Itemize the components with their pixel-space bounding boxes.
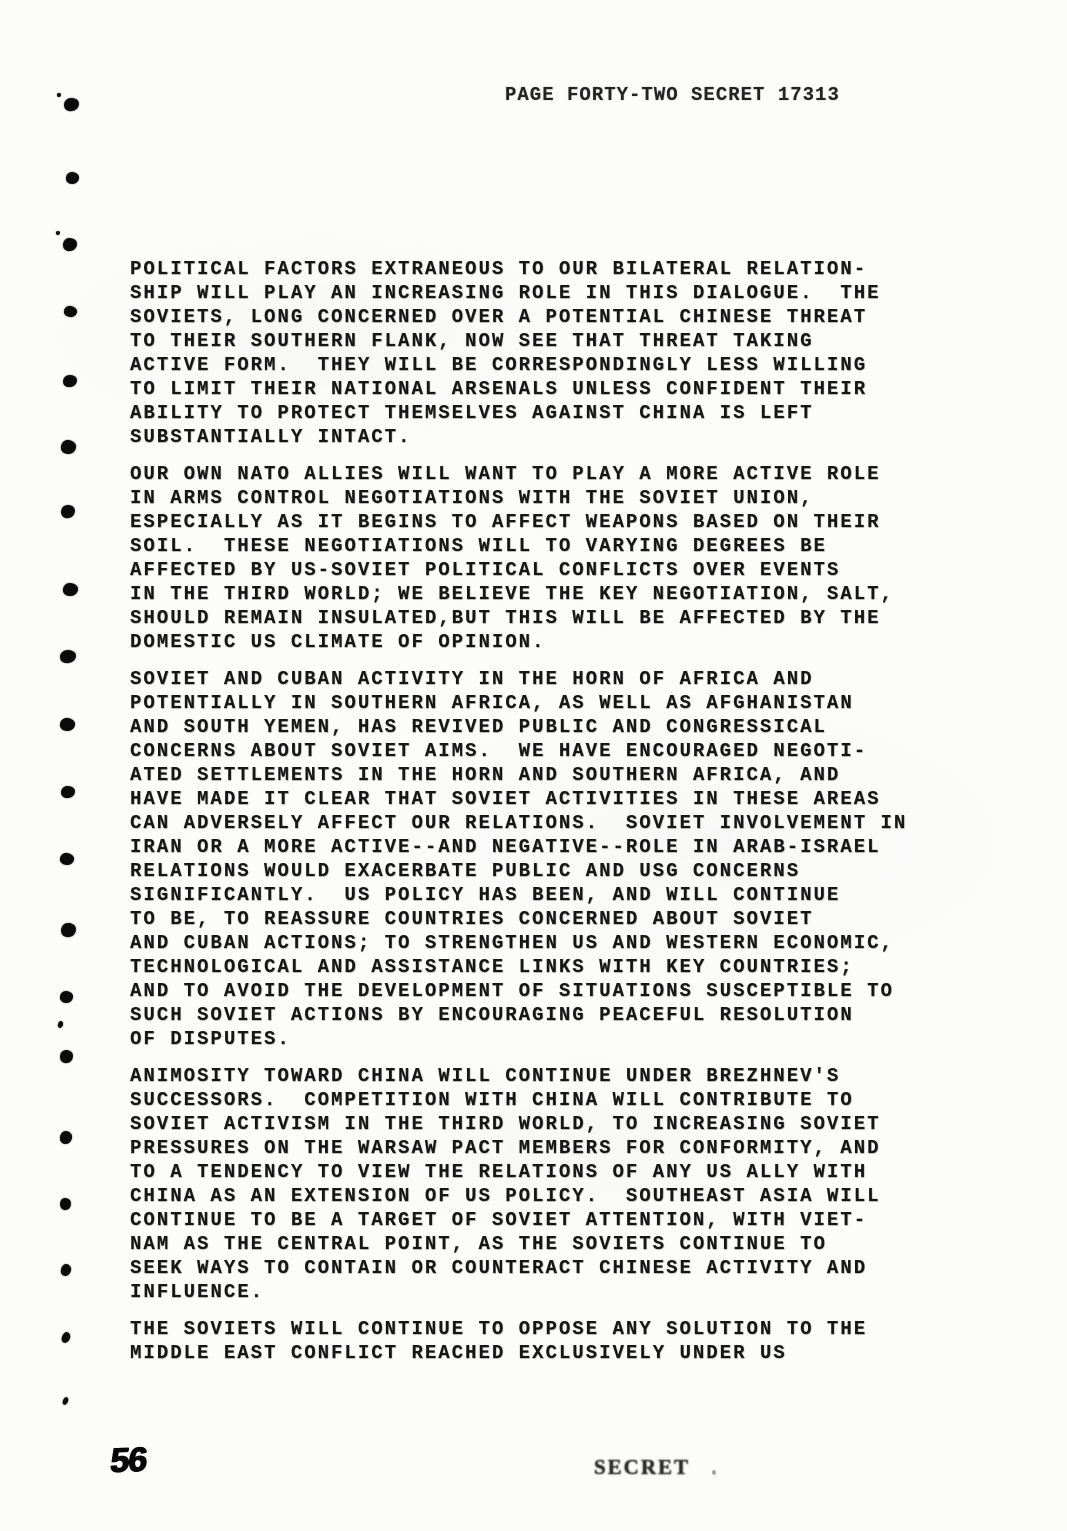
punch-hole-mark	[60, 439, 77, 455]
punch-hole-mark	[61, 786, 76, 799]
paragraph-soviet-cuban-activity: SOVIET AND CUBAN ACTIVITY IN THE HORN OF…	[130, 667, 940, 1051]
punch-hole-mark	[63, 305, 78, 318]
punch-hole-mark	[57, 1020, 64, 1028]
punch-hole-mark	[63, 97, 80, 112]
paragraph-middle-east: THE SOVIETS WILL CONTINUE TO OPPOSE ANY …	[130, 1317, 940, 1365]
punch-hole-mark	[59, 717, 75, 732]
punch-hole-mark	[59, 852, 75, 866]
punch-hole-mark	[62, 1396, 69, 1405]
document-body: POLITICAL FACTORS EXTRANEOUS TO OUR BILA…	[130, 257, 940, 1378]
punch-hole-mark	[59, 1049, 73, 1063]
page-header-classification: PAGE FORTY-TWO SECRET 17313	[505, 84, 840, 106]
punch-hole-mark	[60, 1263, 72, 1277]
punch-hole-mark	[66, 171, 80, 184]
paragraph-bilateral-relations: POLITICAL FACTORS EXTRANEOUS TO OUR BILA…	[130, 257, 940, 449]
punch-hole-mark	[60, 922, 77, 938]
punch-hole-mark	[62, 374, 77, 387]
paragraph-animosity-toward-china: ANIMOSITY TOWARD CHINA WILL CONTINUE UND…	[130, 1064, 940, 1304]
paragraph-nato-allies: OUR OWN NATO ALLIES WILL WANT TO PLAY A …	[130, 462, 940, 654]
punch-hole-mark	[63, 582, 79, 596]
punch-hole-mark	[60, 1331, 71, 1344]
document-page: PAGE FORTY-TWO SECRET 17313 POLITICAL FA…	[0, 0, 1067, 1531]
secret-stamp: SECRET	[594, 1455, 690, 1480]
punch-hole-mark	[60, 504, 76, 519]
scan-speck	[712, 1470, 716, 1475]
punch-hole-mark	[60, 990, 74, 1003]
punch-hole-mark	[59, 1130, 72, 1144]
punch-hole-mark	[59, 1197, 72, 1210]
punch-hole-mark	[57, 93, 61, 97]
punch-hole-mark	[56, 231, 60, 235]
punch-hole-mark	[63, 238, 78, 252]
punch-hole-mark	[59, 649, 76, 663]
handwritten-page-number: 56	[108, 1440, 147, 1480]
